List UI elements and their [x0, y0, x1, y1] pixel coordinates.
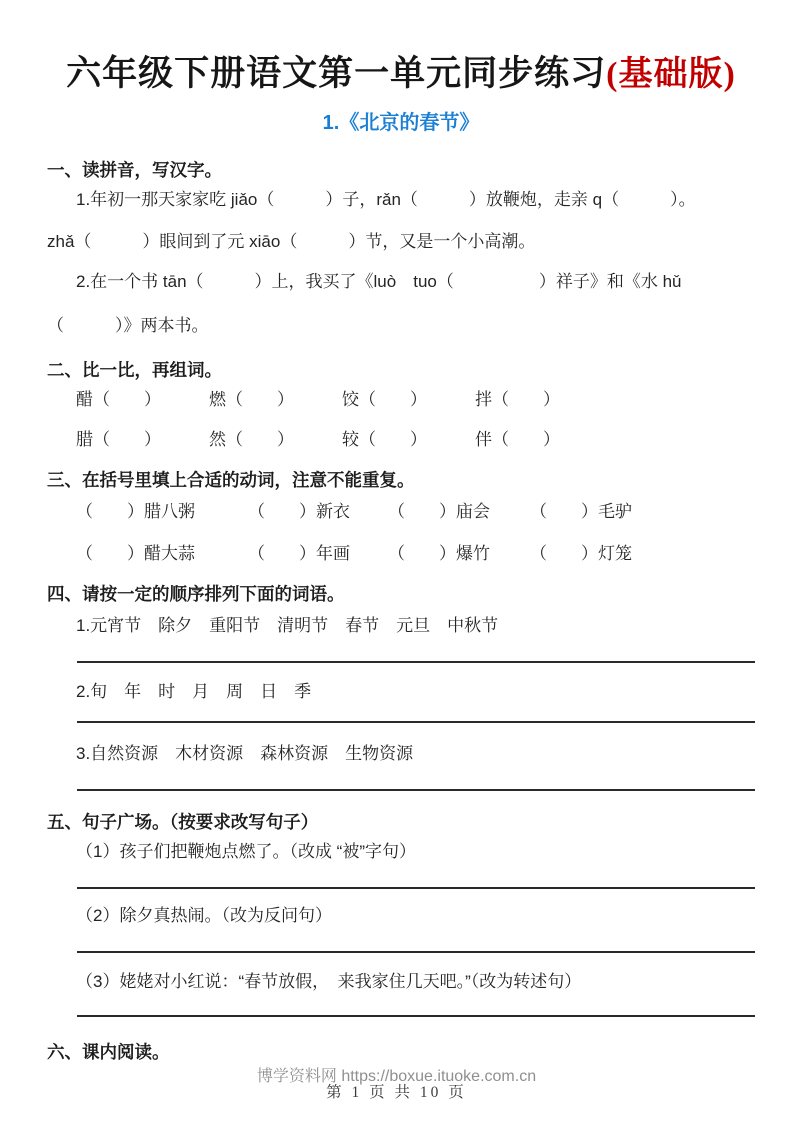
verb-fill-cell: （ ）爆竹	[388, 541, 530, 567]
verb-fill-cell: （ ）毛驴	[530, 499, 632, 525]
lesson-title: 1.《北京的春节》	[47, 109, 755, 137]
verb-fill-cell: （ ）年画	[248, 541, 388, 567]
verb-fill-cell: （ ）醋大蒜	[76, 541, 248, 567]
word-compare-cell: 拌（ ）	[475, 387, 560, 413]
page-title: 六年级下册语文第一单元同步练习(基础版)	[47, 52, 755, 97]
answer-line	[77, 661, 755, 663]
section5-heading: 五、句子广场。（按要求改写句子）	[47, 809, 755, 835]
section4-heading: 四、请按一定的顺序排列下面的词语。	[47, 581, 755, 607]
verb-fill-cell: （ ）庙会	[388, 499, 530, 525]
answer-line	[77, 887, 755, 889]
worksheet-page: 六年级下册语文第一单元同步练习(基础版) 1.《北京的春节》 一、读拼音，写汉字…	[0, 0, 793, 1122]
verb-fill-cell: （ ）灯笼	[530, 541, 632, 567]
section2-row-1: 醋（ ） 燃（ ） 饺（ ） 拌（ ）	[47, 387, 755, 413]
answer-line	[77, 721, 755, 723]
section1-question-1-line-2: zhǎ（ ）眼间到了元 xiāo（ ）节，又是一个小高潮。	[47, 229, 755, 255]
word-compare-cell: 然（ ）	[209, 427, 342, 453]
title-edition-tag: (基础版)	[606, 56, 736, 93]
section5-item-3: （3）姥姥对小红说：“春节放假， 来我家住几天吧。”（改为转述句）	[47, 969, 755, 995]
word-compare-cell: 醋（ ）	[76, 387, 209, 413]
word-compare-cell: 腊（ ）	[76, 427, 209, 453]
section4-item-2: 2.旬 年 时 月 周 日 季	[47, 679, 755, 705]
page-number: 第 1 页 共 10 页	[0, 1082, 793, 1104]
verb-fill-cell: （ ）新衣	[248, 499, 388, 525]
section1-question-1-line-1: 1.年初一那天家家吃 jiǎo（ ）子，rǎn（ ）放鞭炮，走亲 q（ ）。	[47, 187, 755, 213]
section1-heading: 一、读拼音，写汉字。	[47, 157, 755, 183]
section5-item-1: （1）孩子们把鞭炮点燃了。（改成 “被”字句）	[47, 839, 755, 865]
section3-heading: 三、在括号里填上合适的动词，注意不能重复。	[47, 467, 755, 493]
verb-fill-cell: （ ）腊八粥	[76, 499, 248, 525]
word-compare-cell: 燃（ ）	[209, 387, 342, 413]
section4-item-1: 1.元宵节 除夕 重阳节 清明节 春节 元旦 中秋节	[47, 613, 755, 639]
section1-question-2-line-2: （ ）》两本书。	[47, 313, 755, 339]
word-compare-cell: 饺（ ）	[342, 387, 475, 413]
section2-heading: 二、比一比，再组词。	[47, 357, 755, 383]
section2-row-2: 腊（ ） 然（ ） 较（ ） 伴（ ）	[47, 427, 755, 453]
section3-row-2: （ ）醋大蒜 （ ）年画 （ ）爆竹 （ ）灯笼	[47, 541, 755, 567]
word-compare-cell: 较（ ）	[342, 427, 475, 453]
answer-line	[77, 951, 755, 953]
answer-line	[77, 1015, 755, 1017]
answer-line	[77, 789, 755, 791]
page-footer: 博学资料网 https://boxue.ituoke.com.cn 第 1 页 …	[0, 1067, 793, 1104]
title-main-text: 六年级下册语文第一单元同步练习	[66, 54, 606, 93]
section1-question-2-line-1: 2.在一个书 tān（ ）上，我买了《luò tuo（ ）祥子》和《水 hǔ	[47, 269, 755, 295]
section5-item-2: （2）除夕真热闹。（改为反问句）	[47, 903, 755, 929]
section4-item-3: 3.自然资源 木材资源 森林资源 生物资源	[47, 741, 755, 767]
section6-heading: 六、课内阅读。	[47, 1039, 755, 1065]
word-compare-cell: 伴（ ）	[475, 427, 560, 453]
section3-row-1: （ ）腊八粥 （ ）新衣 （ ）庙会 （ ）毛驴	[47, 499, 755, 525]
